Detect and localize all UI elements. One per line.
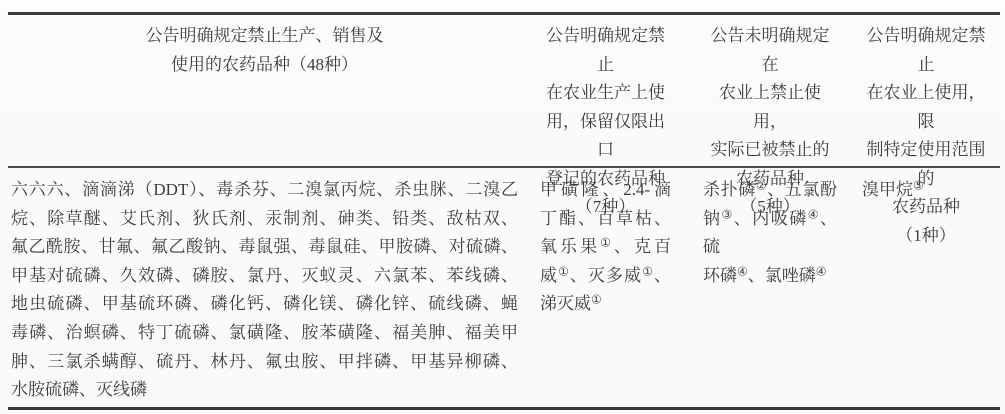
- footnote-marker: ①: [642, 264, 654, 278]
- text-line: 实际已被禁止的: [703, 136, 837, 165]
- text-line: 涕灭威①: [540, 290, 671, 319]
- text-line: 公告未明确规定在: [703, 22, 837, 79]
- text-line: 胂、三氯杀螨醇、硫丹、林丹、氟虫胺、甲拌磷、甲基异柳磷、: [11, 348, 518, 377]
- text-line: 毒磷、治螟磷、特丁硫磷、氯磺隆、胺苯磺隆、福美胂、福美甲: [11, 319, 518, 348]
- text-line: 氟乙酰胺、甘氟、氟乙酸钠、毒鼠强、毒鼠硅、甲胺磷、对硫磷、: [11, 233, 518, 262]
- cell-restricted-scope-species: 溴甲烷⑤: [852, 168, 1000, 405]
- text-line: 在农业生产上使: [540, 79, 671, 108]
- footnote-marker: ①: [591, 293, 602, 307]
- text-line: 威①、灭多威①、: [540, 262, 671, 291]
- text-line: 甲磺隆、2.4-滴: [540, 176, 671, 205]
- text-line: 在农业上使用，限: [862, 79, 990, 136]
- text-line: 氧乐果①、克百: [540, 233, 671, 262]
- footnote-marker: ⑤: [913, 179, 924, 193]
- text-line: 丁酯、百草枯、: [540, 205, 671, 234]
- text-line: 公告明确规定禁止: [862, 22, 990, 79]
- scanned-table-page: 公告明确规定禁止生产、销售及使用的农药品种（48种） 公告明确规定禁止在农业生产…: [0, 0, 1005, 414]
- footnote-marker: ④: [737, 264, 748, 278]
- text-line: 水胺硫磷、灭线磷: [11, 376, 518, 405]
- footnote-marker: ④: [808, 207, 820, 221]
- text-line: 环磷④、氯唑磷④: [703, 262, 837, 291]
- text-line: 农业上禁止使用，: [703, 79, 837, 136]
- footnote-marker: ②: [756, 179, 767, 193]
- text-line: 溴甲烷⑤: [862, 176, 990, 205]
- text-line: 杀扑磷②、五氯酚: [703, 176, 837, 205]
- footnote-marker: ④: [816, 264, 827, 278]
- text-line: 钠③、内吸磷④、硫: [703, 205, 837, 262]
- text-line: 公告明确规定禁止: [540, 22, 671, 79]
- text-line: 使用的农药品种（48种）: [11, 51, 518, 80]
- text-line: 甲基对硫磷、久效磷、磷胺、氯丹、灭蚁灵、六氯苯、苯线磷、: [11, 262, 518, 291]
- cell-banned-agriculture-export-only-species: 甲磺隆、2.4-滴丁酯、百草枯、氧乐果①、克百威①、灭多威①、涕灭威①: [525, 168, 692, 405]
- text-line: 用，保留仅限出口: [540, 108, 671, 165]
- table-top-rule: [8, 12, 1000, 15]
- text-line: 公告明确规定禁止生产、销售及: [11, 22, 518, 51]
- table-bottom-rule: [8, 407, 1000, 410]
- text-line: 六六六、滴滴涕（DDT）、毒杀芬、二溴氯丙烷、杀虫脒、二溴乙: [11, 176, 518, 205]
- table-body-row: 六六六、滴滴涕（DDT）、毒杀芬、二溴氯丙烷、杀虫脒、二溴乙烷、除草醚、艾氏剂、…: [8, 168, 1000, 405]
- cell-de-facto-banned-species: 杀扑磷②、五氯酚钠③、内吸磷④、硫环磷④、氯唑磷④: [692, 168, 852, 405]
- text-line: 地虫硫磷、甲基硫环磷、磷化钙、磷化镁、磷化锌、硫线磷、蝇: [11, 290, 518, 319]
- footnote-marker: ③: [722, 207, 734, 221]
- footnote-marker: ①: [600, 236, 614, 250]
- footnote-marker: ①: [558, 264, 570, 278]
- text-line: 烷、除草醚、艾氏剂、狄氏剂、汞制剂、砷类、铅类、敌枯双、: [11, 205, 518, 234]
- cell-banned-production-sale-use-species: 六六六、滴滴涕（DDT）、毒杀芬、二溴氯丙烷、杀虫脒、二溴乙烷、除草醚、艾氏剂、…: [8, 168, 525, 405]
